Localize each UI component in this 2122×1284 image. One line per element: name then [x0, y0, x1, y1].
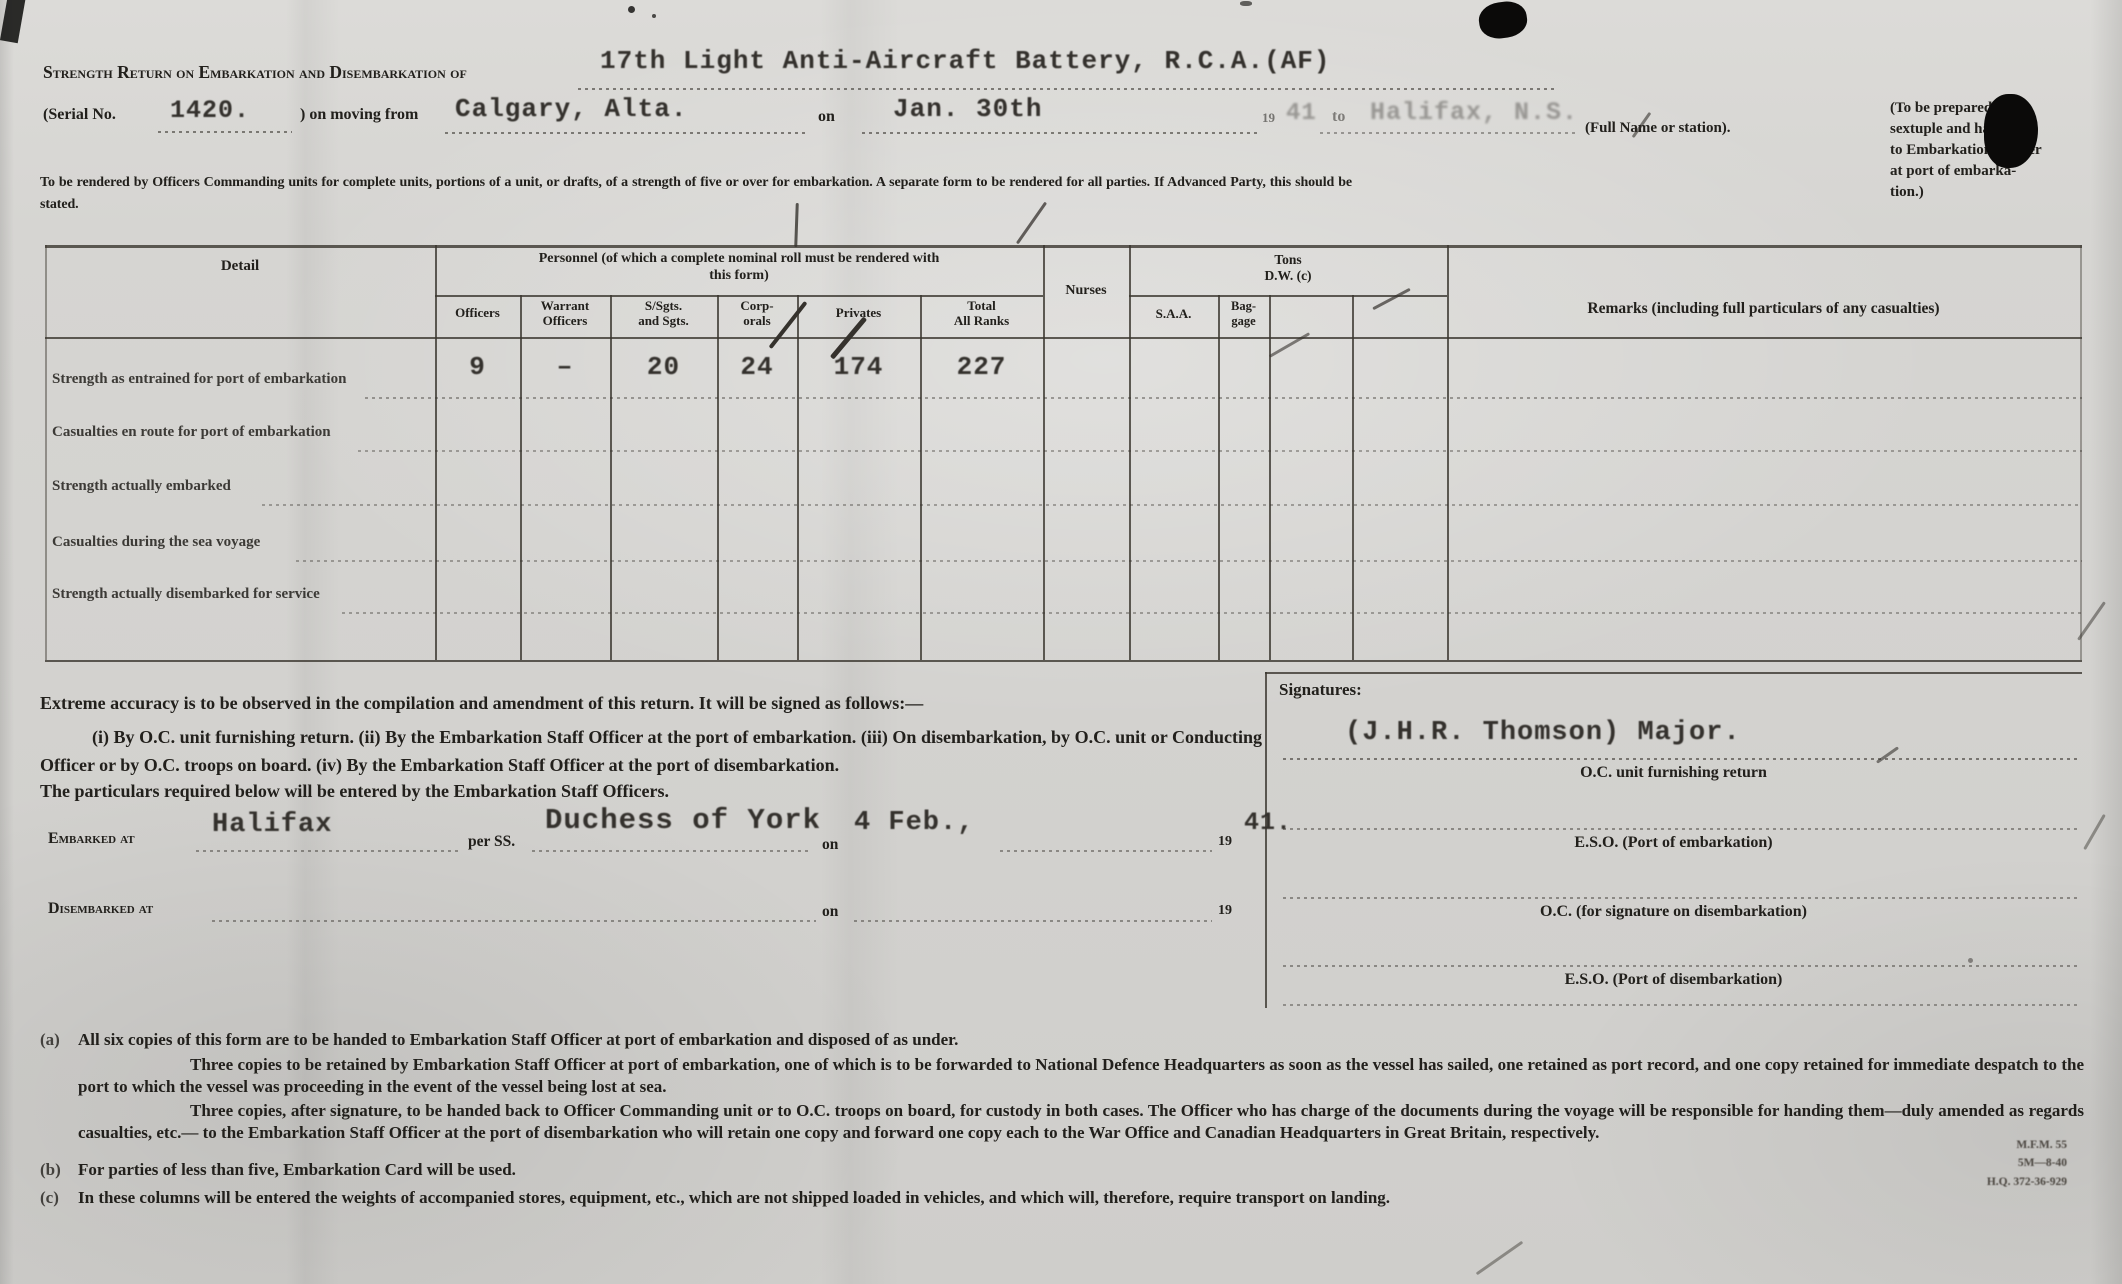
column-header-warrant-officers: Warrant Officers [520, 298, 610, 329]
embark-year-typed: 41. [1244, 808, 1292, 837]
move-date-typed: Jan. 30th [893, 94, 1042, 124]
origin-leader-line [445, 132, 808, 134]
footnote-b: (b)For parties of less than five, Embark… [40, 1160, 2090, 1180]
signature-caption-oc-unit: O.C. unit furnishing return [1265, 764, 2082, 782]
table-header-rule [45, 337, 2082, 339]
nurses-column-header: Nurses [1043, 283, 1129, 299]
signature-caption-eso-embark: E.S.O. (Port of embarkation) [1265, 834, 2082, 852]
year-printed: 19 [1262, 110, 1275, 126]
footnote-c: (c)In these columns will be entered the … [40, 1188, 2090, 1208]
serial-number-typed: 1420. [170, 96, 250, 125]
form-code-3: H.Q. 372-36-929 [1915, 1173, 2067, 1191]
pencil-mark [1876, 746, 1899, 763]
footnote-c-text: In these columns will be entered the wei… [78, 1188, 1390, 1207]
render-instructions: To be rendered by Officers Commanding un… [40, 172, 1352, 216]
disembarked-at-label: Disembarked at [48, 900, 153, 918]
embark-on-label: on [822, 836, 838, 854]
footnote-b-marker: (b) [40, 1160, 78, 1180]
serial-label: (Serial No. [43, 106, 116, 124]
vessel-leader-line [532, 850, 812, 852]
embark-date-typed: 4 Feb., [854, 808, 974, 838]
subcolumn-header-baggage: Bag- gage [1218, 299, 1269, 329]
remarks-column-header: Remarks (including full particulars of a… [1447, 300, 2080, 318]
table-vline [520, 295, 522, 660]
row-leader-line [342, 612, 2082, 614]
form-code-block: M.F.M. 55 5M—8-40 H.Q. 372-36-929 [1915, 1136, 2067, 1191]
destination-leader-line [1320, 132, 1576, 134]
column-header-officers: Officers [435, 305, 520, 320]
column-header-ssgts: S/Sgts. and Sgts. [610, 298, 717, 329]
value-ssgts: 20 [610, 352, 717, 382]
accuracy-note-line3: The particulars required below will be e… [40, 781, 1262, 802]
row-label-casualties-en-route: Casualties en route for port of embarkat… [52, 424, 331, 441]
value-officers: 9 [435, 352, 520, 382]
signature-line [1283, 965, 2078, 967]
signature-line [1283, 828, 2078, 830]
ink-speck [652, 14, 656, 18]
table-vline [717, 295, 719, 660]
value-total-all-ranks: 227 [920, 352, 1043, 382]
footnote-a-text: All six copies of this form are to be ha… [78, 1030, 958, 1049]
table-vline [610, 295, 612, 660]
pencil-mark [1476, 1241, 1524, 1276]
ink-speck [628, 6, 635, 13]
signature-line [1283, 897, 2078, 899]
table-top-rule [45, 245, 2082, 248]
date-leader-line [862, 132, 1258, 134]
row-label-actually-disembarked: Strength actually disembarked for servic… [52, 586, 320, 603]
detail-column-header: Detail [45, 258, 435, 275]
row-label-actually-embarked: Strength actually embarked [52, 478, 231, 495]
serial-leader-line [158, 131, 292, 133]
personnel-caption-rule [435, 295, 1043, 297]
signature-typed: (J.H.R. Thomson) Major. [1345, 718, 1741, 748]
table-vline [920, 295, 922, 660]
disembark-on-label: on [822, 903, 838, 921]
accuracy-note-line1: Extreme accuracy is to be observed in th… [40, 693, 1262, 714]
value-warrant-officers: – [520, 352, 610, 382]
table-vline [1352, 295, 1354, 660]
signatures-heading: Signatures: [1279, 680, 1362, 700]
signature-line [1283, 758, 2078, 760]
subcolumn-header-saa: S.A.A. [1129, 306, 1218, 322]
table-vline [1218, 295, 1220, 660]
ink-speck [1240, 1, 1252, 6]
per-ss-label: per SS. [468, 833, 515, 851]
footnote-a-para1: Three copies to be retained by Embarkati… [78, 1054, 2084, 1098]
origin-typed: Calgary, Alta. [455, 94, 687, 124]
on-label: on [818, 108, 835, 126]
table-vline [797, 295, 799, 660]
table-vline [1043, 245, 1045, 660]
signature-caption-oc-disembark: O.C. (for signature on disembarkation) [1265, 903, 2082, 921]
row-leader-line [358, 450, 2082, 452]
row-leader-line [296, 560, 2082, 562]
pencil-mark [2083, 814, 2106, 850]
pencil-mark [1372, 288, 1410, 310]
to-label: to [1332, 108, 1345, 126]
title-leader-line [578, 88, 1555, 90]
vessel-typed: Duchess of York [545, 804, 821, 837]
disembark-year-printed: 19 [1218, 903, 1232, 919]
embarked-port-typed: Halifax [212, 810, 332, 840]
footnote-a-para2: Three copies, after signature, to be han… [78, 1100, 2084, 1144]
form-code-2: 5M—8-40 [1915, 1154, 2067, 1172]
signature-caption-eso-disembark: E.S.O. (Port of disembarkation) [1265, 971, 2082, 989]
row-label-entrained: Strength as entrained for port of embark… [52, 371, 346, 388]
accuracy-note-line2: (i) By O.C. unit furnishing return. (ii)… [40, 723, 1262, 779]
ink-blob [1477, 0, 1530, 41]
form-code-1: M.F.M. 55 [1915, 1136, 2067, 1154]
signature-line [1283, 1004, 2078, 1006]
ink-blob [0, 0, 26, 43]
value-privates: 174 [797, 352, 920, 382]
embarked-at-label: Embarked at [48, 830, 135, 848]
embark-date-leader-line [1000, 850, 1212, 852]
table-vline [1269, 295, 1271, 660]
signatures-box-top-border [1265, 672, 2082, 674]
pencil-dot [1968, 958, 1973, 963]
disembarked-leader-line [212, 920, 816, 922]
scanned-form-page: Strength Return on Embarkation and Disem… [0, 0, 2122, 1284]
value-corporals: 24 [717, 352, 797, 382]
tons-group-header: Tons D.W. (c) [1129, 252, 1447, 284]
destination-typed: Halifax, N.S. [1370, 98, 1578, 127]
row-leader-line [365, 397, 2082, 399]
footnote-b-text: For parties of less than five, Embarkati… [78, 1160, 516, 1179]
table-vline [2080, 245, 2082, 660]
row-leader-line [262, 504, 2082, 506]
unit-name-typed: 17th Light Anti-Aircraft Battery, R.C.A.… [600, 46, 1331, 76]
column-header-total-all-ranks: Total All Ranks [920, 298, 1043, 329]
disembark-leader-line [854, 920, 1212, 922]
pencil-mark [794, 203, 799, 247]
row-label-casualties-voyage: Casualties during the sea voyage [52, 534, 260, 551]
footnote-a-marker: (a) [40, 1030, 78, 1050]
personnel-group-header: Personnel (of which a complete nominal r… [437, 251, 1041, 284]
table-vline [45, 245, 47, 660]
station-note: (Full Name or station). [1585, 120, 1731, 137]
form-title-label: Strength Return on Embarkation and Disem… [43, 62, 467, 83]
year-typed: 41 [1286, 100, 1317, 127]
footnote-a: (a)All six copies of this form are to be… [40, 1030, 2090, 1050]
embark-year-printed: 19 [1218, 834, 1232, 850]
table-bottom-rule [45, 660, 2082, 662]
column-header-privates: Privates [797, 305, 920, 320]
moving-from-label: ) on moving from [300, 106, 418, 124]
embarked-leader-line [196, 850, 462, 852]
footnote-c-marker: (c) [40, 1188, 78, 1208]
